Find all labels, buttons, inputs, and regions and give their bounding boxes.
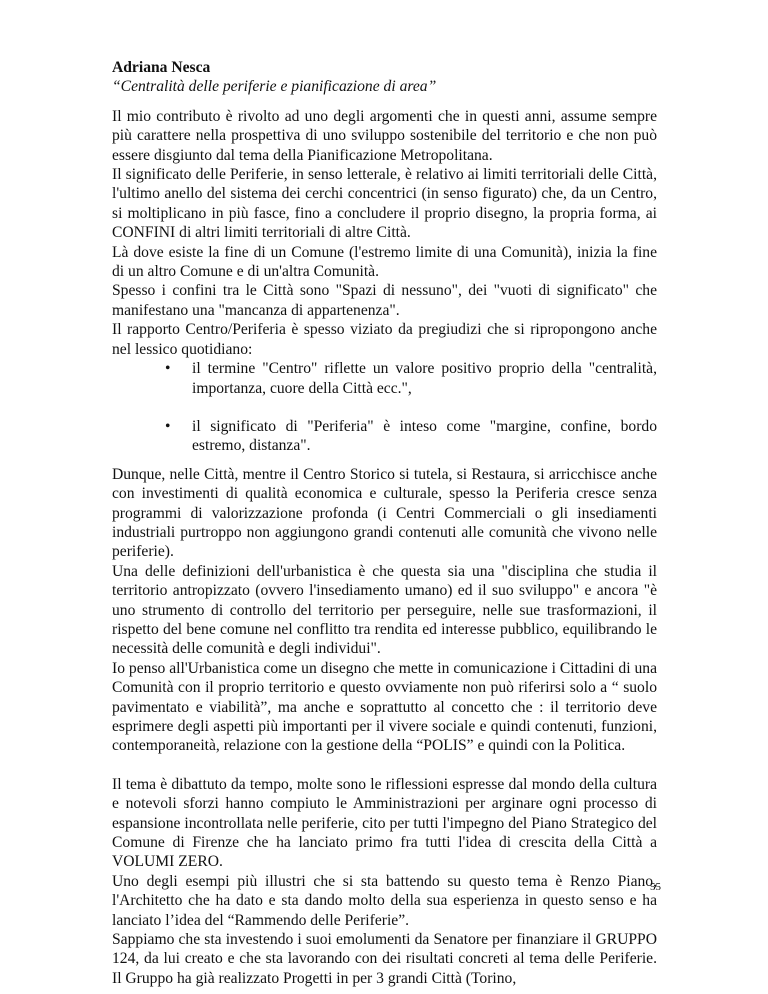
bullet-list: • il termine "Centro" riflette un valore… bbox=[112, 359, 657, 456]
bullet-icon: • bbox=[165, 417, 170, 436]
bullet-text: il significato di "Periferia" è inteso c… bbox=[192, 418, 657, 454]
paragraph: Il significato delle Periferie, in senso… bbox=[112, 165, 657, 243]
paragraph: Dunque, nelle Città, mentre il Centro St… bbox=[112, 465, 657, 562]
document-page: Adriana Nesca “Centralità delle periferi… bbox=[112, 58, 657, 988]
paragraph: Il mio contributo è rivolto ad uno degli… bbox=[112, 107, 657, 165]
author-name: Adriana Nesca bbox=[112, 58, 657, 77]
paragraph: Io penso all'Urbanistica come un disegno… bbox=[112, 659, 657, 756]
bullet-icon: • bbox=[165, 359, 170, 378]
paragraph: Il rapporto Centro/Periferia è spesso vi… bbox=[112, 320, 657, 359]
paragraph: Spesso i confini tra le Città sono "Spaz… bbox=[112, 281, 657, 320]
document-title: “Centralità delle periferie e pianificaz… bbox=[112, 77, 657, 96]
paragraph: Uno degli esempi più illustri che si sta… bbox=[112, 872, 657, 930]
bullet-item: • il significato di "Periferia" è inteso… bbox=[112, 417, 657, 456]
section-spacer bbox=[112, 756, 657, 775]
paragraph: Il tema è dibattuto da tempo, molte sono… bbox=[112, 775, 657, 872]
page-number: 55 bbox=[650, 881, 661, 893]
paragraph: Là dove esiste la fine di un Comune (l'e… bbox=[112, 243, 657, 282]
bullet-text: il termine "Centro" riflette un valore p… bbox=[192, 360, 657, 396]
paragraph: Sappiamo che sta investendo i suoi emolu… bbox=[112, 930, 657, 988]
paragraph: Una delle definizioni dell'urbanistica è… bbox=[112, 562, 657, 659]
bullet-item: • il termine "Centro" riflette un valore… bbox=[112, 359, 657, 398]
